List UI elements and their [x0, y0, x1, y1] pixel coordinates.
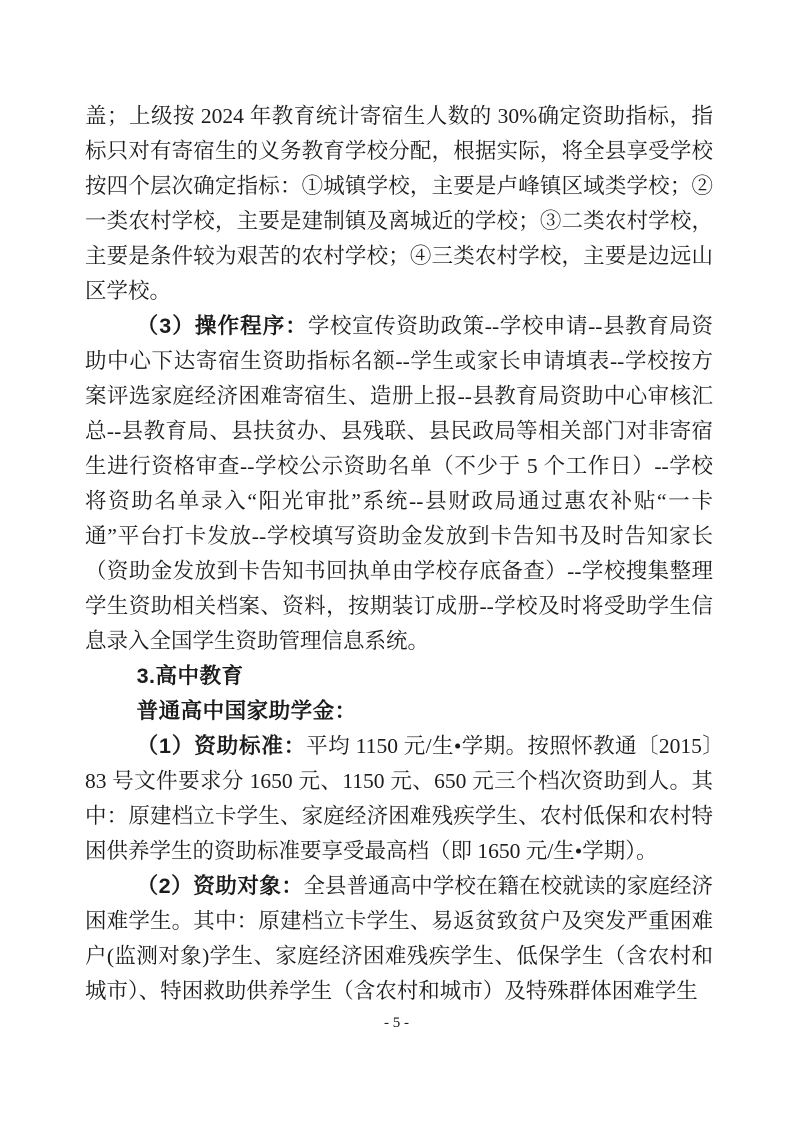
- paragraph: 盖；上级按 2024 年教育统计寄宿生人数的 30%确定资助指标，指标只对有寄宿…: [85, 99, 713, 309]
- text-run: 盖；上级按 2024 年教育统计寄宿生人数的 30%确定资助指标，指标只对有寄宿…: [85, 104, 713, 303]
- section-heading: 普通高中国家助学金：: [85, 694, 713, 729]
- bold-text-run: 3.高中教育: [137, 664, 244, 688]
- bold-text-run: （1）资助标准：: [137, 734, 307, 758]
- document-content: 盖；上级按 2024 年教育统计寄宿生人数的 30%确定资助指标，指标只对有寄宿…: [85, 99, 713, 1009]
- bold-text-run: 普通高中国家助学金：: [137, 699, 357, 723]
- bold-text-run: （2）资助对象：: [137, 874, 304, 898]
- page-number: - 5 -: [0, 1012, 793, 1034]
- paragraph: （1）资助标准：平均 1150 元/生•学期。按照怀教通〔2015〕83 号文件…: [85, 729, 713, 869]
- section-heading: 3.高中教育: [85, 659, 713, 694]
- text-run: 学校宣传资助政策--学校申请--县教育局资助中心下达寄宿生资助指标名额--学生或…: [85, 314, 713, 653]
- paragraph: （3）操作程序：学校宣传资助政策--学校申请--县教育局资助中心下达寄宿生资助指…: [85, 309, 713, 659]
- paragraph: （2）资助对象：全县普通高中学校在籍在校就读的家庭经济困难学生。其中：原建档立卡…: [85, 869, 713, 1009]
- document-page: 盖；上级按 2024 年教育统计寄宿生人数的 30%确定资助指标，指标只对有寄宿…: [0, 0, 793, 1122]
- bold-text-run: （3）操作程序：: [137, 314, 308, 338]
